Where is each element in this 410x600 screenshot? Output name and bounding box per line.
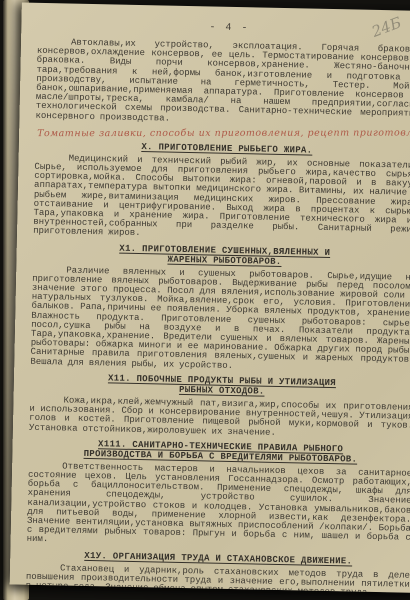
document-page: 24Б - 4 - Автоклавы,их устройство, экспл… — [10, 3, 410, 593]
section-heading-xi: X1. ПРИГОТОВЛЕНИЕ СУШЕННЫХ,ВЯЛЕННЫХ И ЖА… — [99, 243, 349, 268]
section-paragraph-xi: Различие вяленных и сушеных рыботоваров.… — [30, 265, 410, 374]
section-paragraph-xiv: Стахановец и ударник,роль стахановских м… — [26, 563, 410, 593]
photo-background: { "page_number": "- 4 -", "pencil_note":… — [0, 0, 410, 600]
section-paragraph-xiii: Ответственность мастеров и начальников ц… — [27, 461, 410, 552]
section-heading-xiii: X111. САНИТАРНО-ТЕХНИЧЕСКИЕ ПРАВИЛА РЫБН… — [65, 438, 375, 464]
page-number: - 4 - — [37, 19, 410, 38]
handwritten-annotation: Томатные заливки, способы их приготовлен… — [37, 127, 410, 139]
section-heading-xii: X11. ПОБОЧНЫЕ ПРОДУКТЫ РЫБЫ И УТИЛИЗАЦИЯ… — [97, 373, 347, 398]
section-paragraph-xii: Кожа,икра,клей,жемчужный пат,визига,жир,… — [29, 396, 410, 441]
section-paragraph-x: Медицинский и технический рыбий жир, их … — [33, 154, 410, 245]
intro-paragraph: Автоклавы,их устройство, эксплоатация. Г… — [35, 38, 410, 129]
